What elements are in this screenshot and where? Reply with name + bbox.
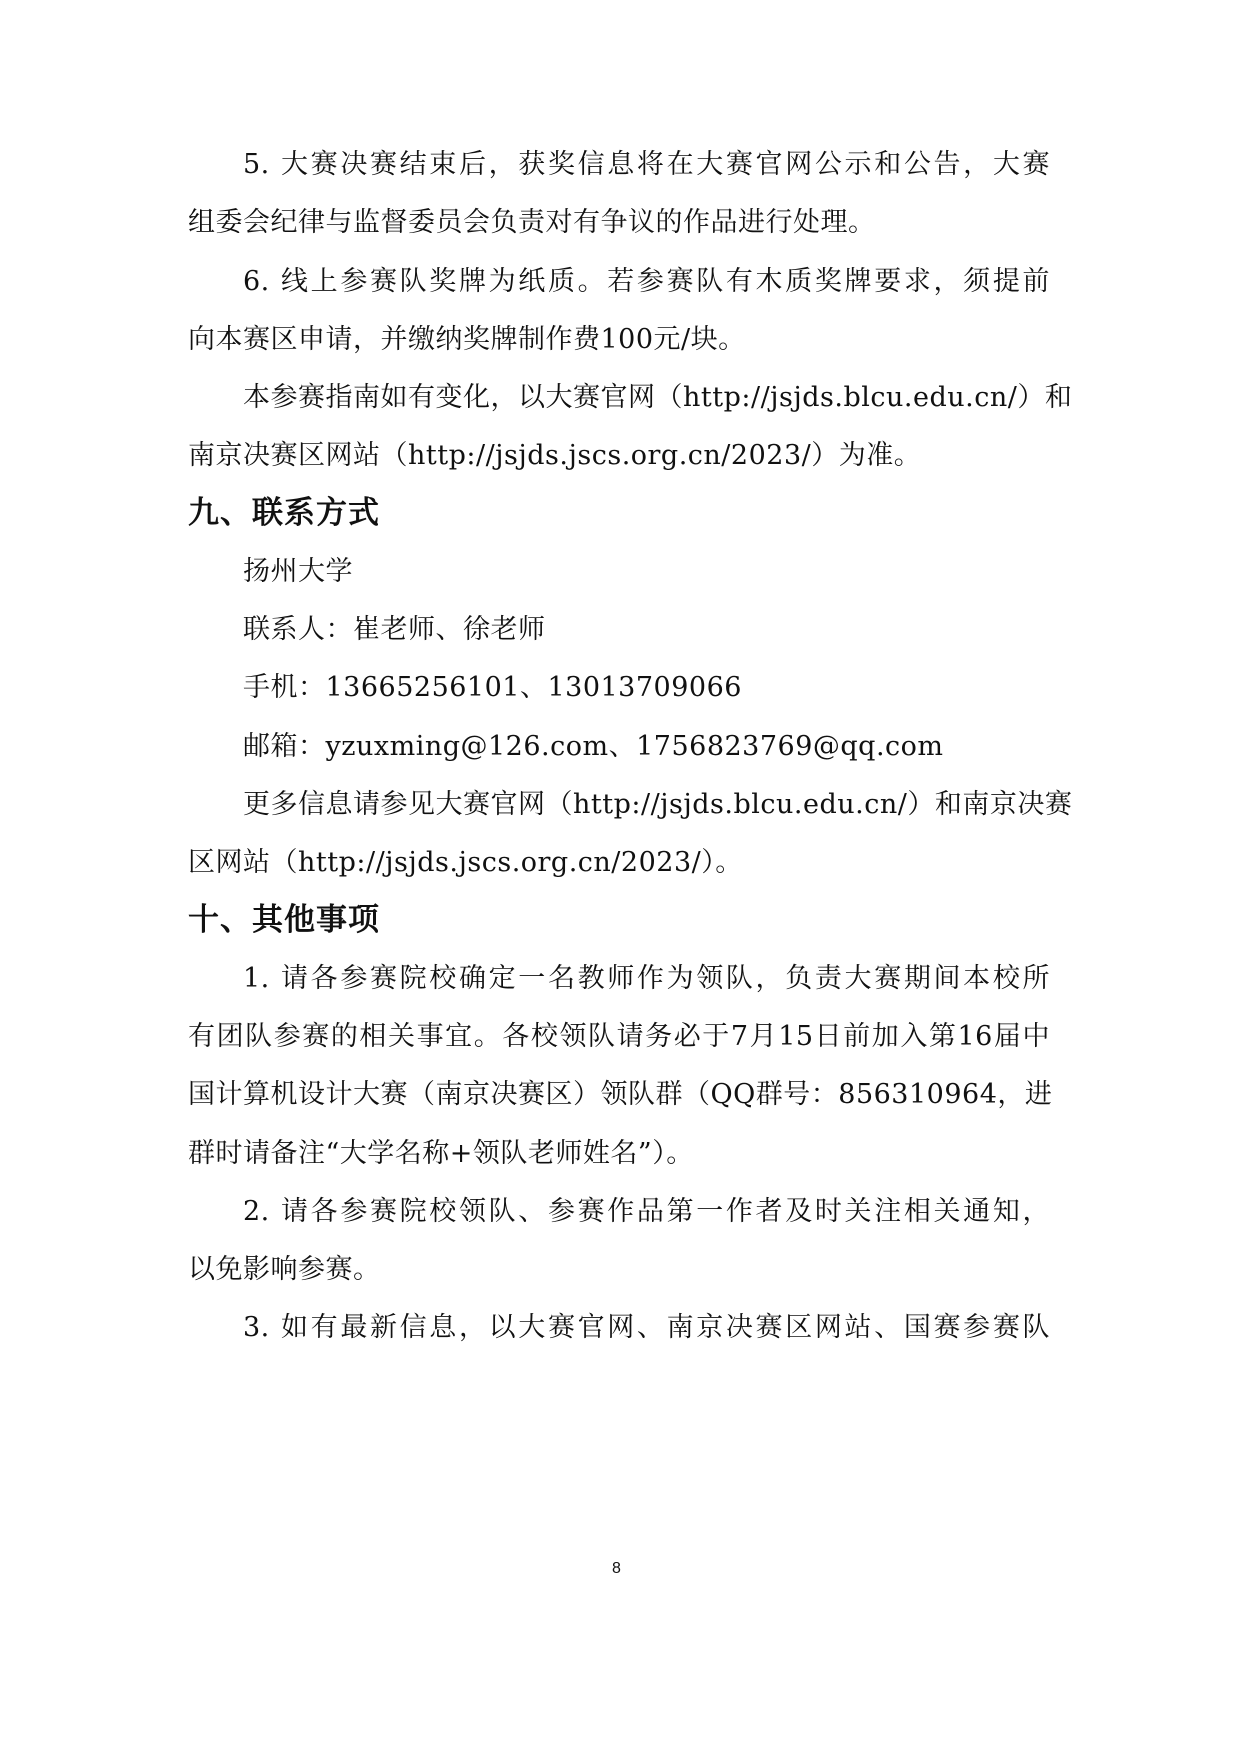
section-heading-other-matters: 十、其他事项 <box>188 901 380 939</box>
more-info-line-1: 更多信息请参见大赛官网（http://jsjds.blcu.edu.cn/）和南… <box>243 788 1050 822</box>
paragraph-item-5-line-2: 组委会纪律与监督委员会负责对有争议的作品进行处理。 <box>188 206 1050 240</box>
other-item-3-line-1: 3. 如有最新信息，以大赛官网、南京决赛区网站、国赛参赛队 <box>243 1311 1050 1345</box>
paragraph-item-5-line-1: 5. 大赛决赛结束后，获奖信息将在大赛官网公示和公告，大赛 <box>243 148 1050 182</box>
other-item-1-line-2: 有团队参赛的相关事宜。各校领队请务必于7月15日前加入第16届中 <box>188 1020 1050 1054</box>
other-item-1-line-3: 国计算机设计大赛（南京决赛区）领队群（QQ群号：856310964，进 <box>188 1078 1050 1112</box>
contact-university: 扬州大学 <box>243 555 1050 589</box>
contact-persons: 联系人：崔老师、徐老师 <box>243 613 1050 647</box>
other-item-2-line-2: 以免影响参赛。 <box>188 1253 1050 1287</box>
page-number: 8 <box>612 1560 621 1578</box>
more-info-line-2: 区网站（http://jsjds.jscs.org.cn/2023/）。 <box>188 846 1050 880</box>
paragraph-item-6-line-2: 向本赛区申请，并缴纳奖牌制作费100元/块。 <box>188 323 1050 357</box>
paragraph-item-6-line-1: 6. 线上参赛队奖牌为纸质。若参赛队有木质奖牌要求，须提前 <box>243 265 1050 299</box>
other-item-2-line-1: 2. 请各参赛院校领队、参赛作品第一作者及时关注相关通知， <box>243 1195 1050 1229</box>
contact-email: 邮箱：yzuxming@126.com、1756823769@qq.com <box>243 730 1050 764</box>
guide-note-line-2: 南京决赛区网站（http://jsjds.jscs.org.cn/2023/）为… <box>188 439 1050 473</box>
other-item-1-line-4: 群时请备注“大学名称+领队老师姓名”）。 <box>188 1137 1050 1171</box>
guide-note-line-1: 本参赛指南如有变化，以大赛官网（http://jsjds.blcu.edu.cn… <box>243 381 1050 415</box>
document-page: 5. 大赛决赛结束后，获奖信息将在大赛官网公示和公告，大赛 组委会纪律与监督委员… <box>0 0 1241 1754</box>
section-heading-contact: 九、联系方式 <box>188 494 380 532</box>
contact-phone: 手机：13665256101、13013709066 <box>243 671 1050 705</box>
other-item-1-line-1: 1. 请各参赛院校确定一名教师作为领队，负责大赛期间本校所 <box>243 962 1050 996</box>
